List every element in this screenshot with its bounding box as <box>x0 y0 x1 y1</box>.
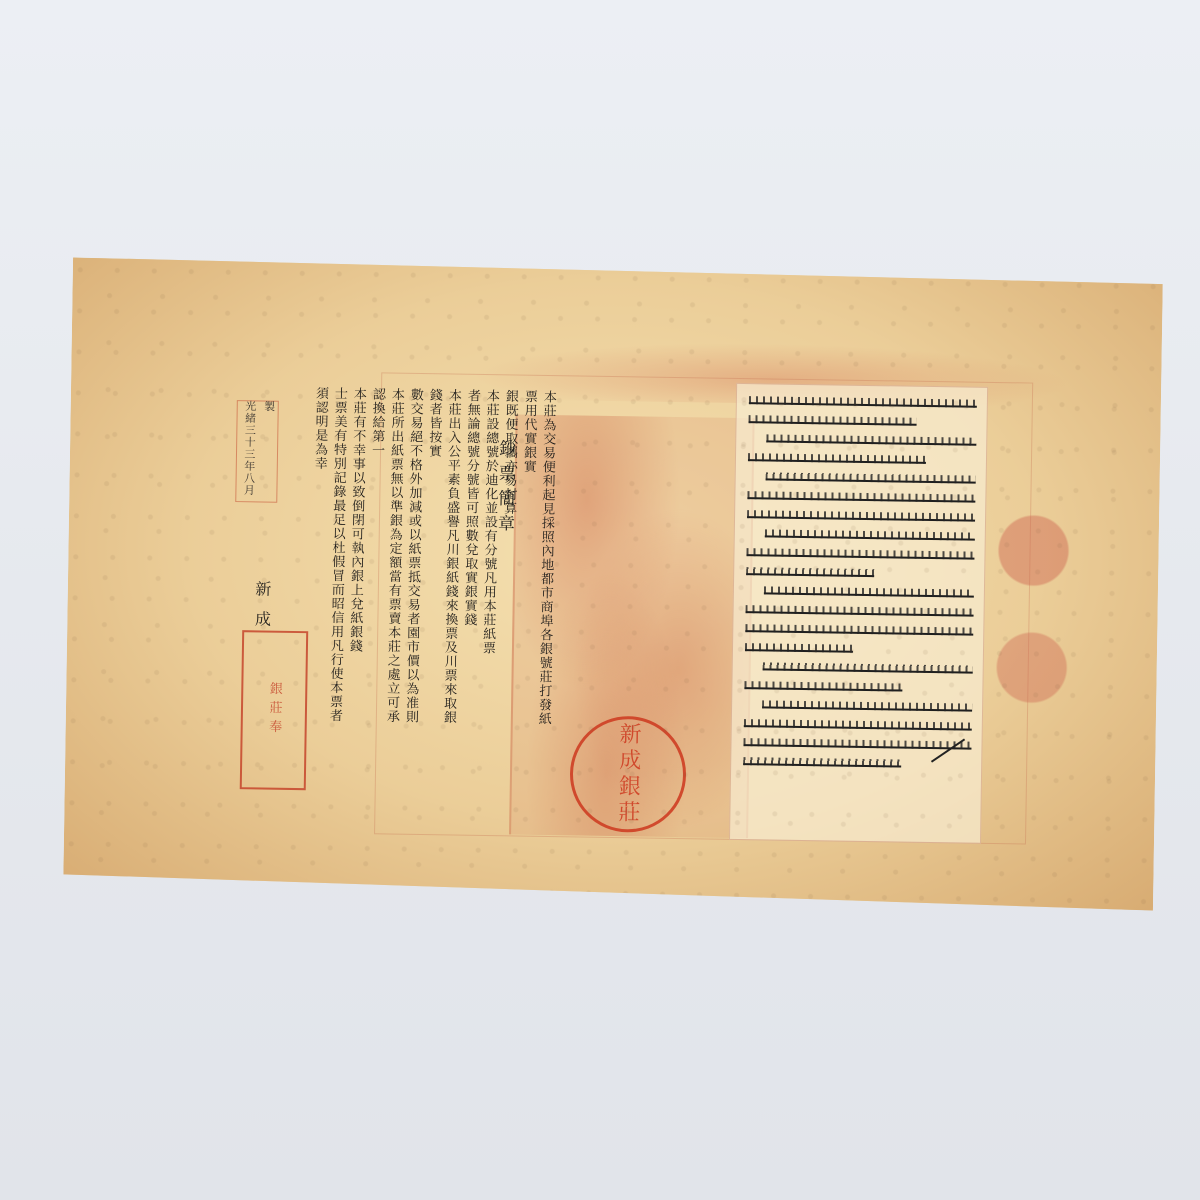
date-value: 光緒三十三年八月 <box>239 400 260 496</box>
banknote: 鈔票簡章 本莊為交易便利起見採照內地都市商埠各銀號莊打發紙票用代實銀實 銀既便取… <box>63 257 1163 910</box>
uyghur-line <box>749 402 977 408</box>
issue-date: 製 光緒三十三年八月 <box>239 400 279 497</box>
uyghur-line <box>746 554 974 560</box>
uyghur-line <box>745 630 973 636</box>
seal-text: 新成銀莊 <box>612 722 645 826</box>
uyghur-line <box>763 668 973 673</box>
uyghur-line <box>746 611 974 617</box>
chinese-rules-text: 本莊為交易便利起見採照內地都市商埠各銀號莊打發紙票用代實銀實 銀既便取攜亦易封算… <box>306 386 558 730</box>
right-rosette-ornament <box>976 472 1090 734</box>
date-label: 製 <box>258 400 279 496</box>
uyghur-line <box>765 535 975 540</box>
uyghur-line <box>747 516 975 522</box>
rule-line: 本莊為交易便利起見採照內地都市商埠各銀號莊打發紙票用代實銀實 <box>515 390 558 731</box>
uyghur-line <box>747 497 975 503</box>
uyghur-line <box>764 592 974 597</box>
uyghur-line <box>743 763 901 767</box>
rule-line: 本莊所出紙票無以準銀為定額當有票賣本莊之處立可承認換給第一 <box>363 387 406 728</box>
uyghur-line <box>749 421 917 426</box>
rule-line: 士票美有特別記錄最足以杜假冒而昭信用凡行使本票者須認明是為幸 <box>306 386 349 727</box>
uyghur-text-panel <box>729 383 988 844</box>
uyghur-line <box>746 573 874 577</box>
uyghur-line <box>766 440 976 445</box>
rule-line: 本莊出入公平素負盛譽凡川銀紙錢來換票及川票來取銀錢者皆按實 <box>420 388 463 729</box>
uyghur-line <box>766 478 976 483</box>
uyghur-line <box>745 649 853 653</box>
uyghur-line <box>748 459 926 464</box>
issuer-rectangular-seal: 銀莊奉 <box>240 630 308 790</box>
uyghur-line <box>744 687 902 691</box>
uyghur-line <box>762 706 972 711</box>
